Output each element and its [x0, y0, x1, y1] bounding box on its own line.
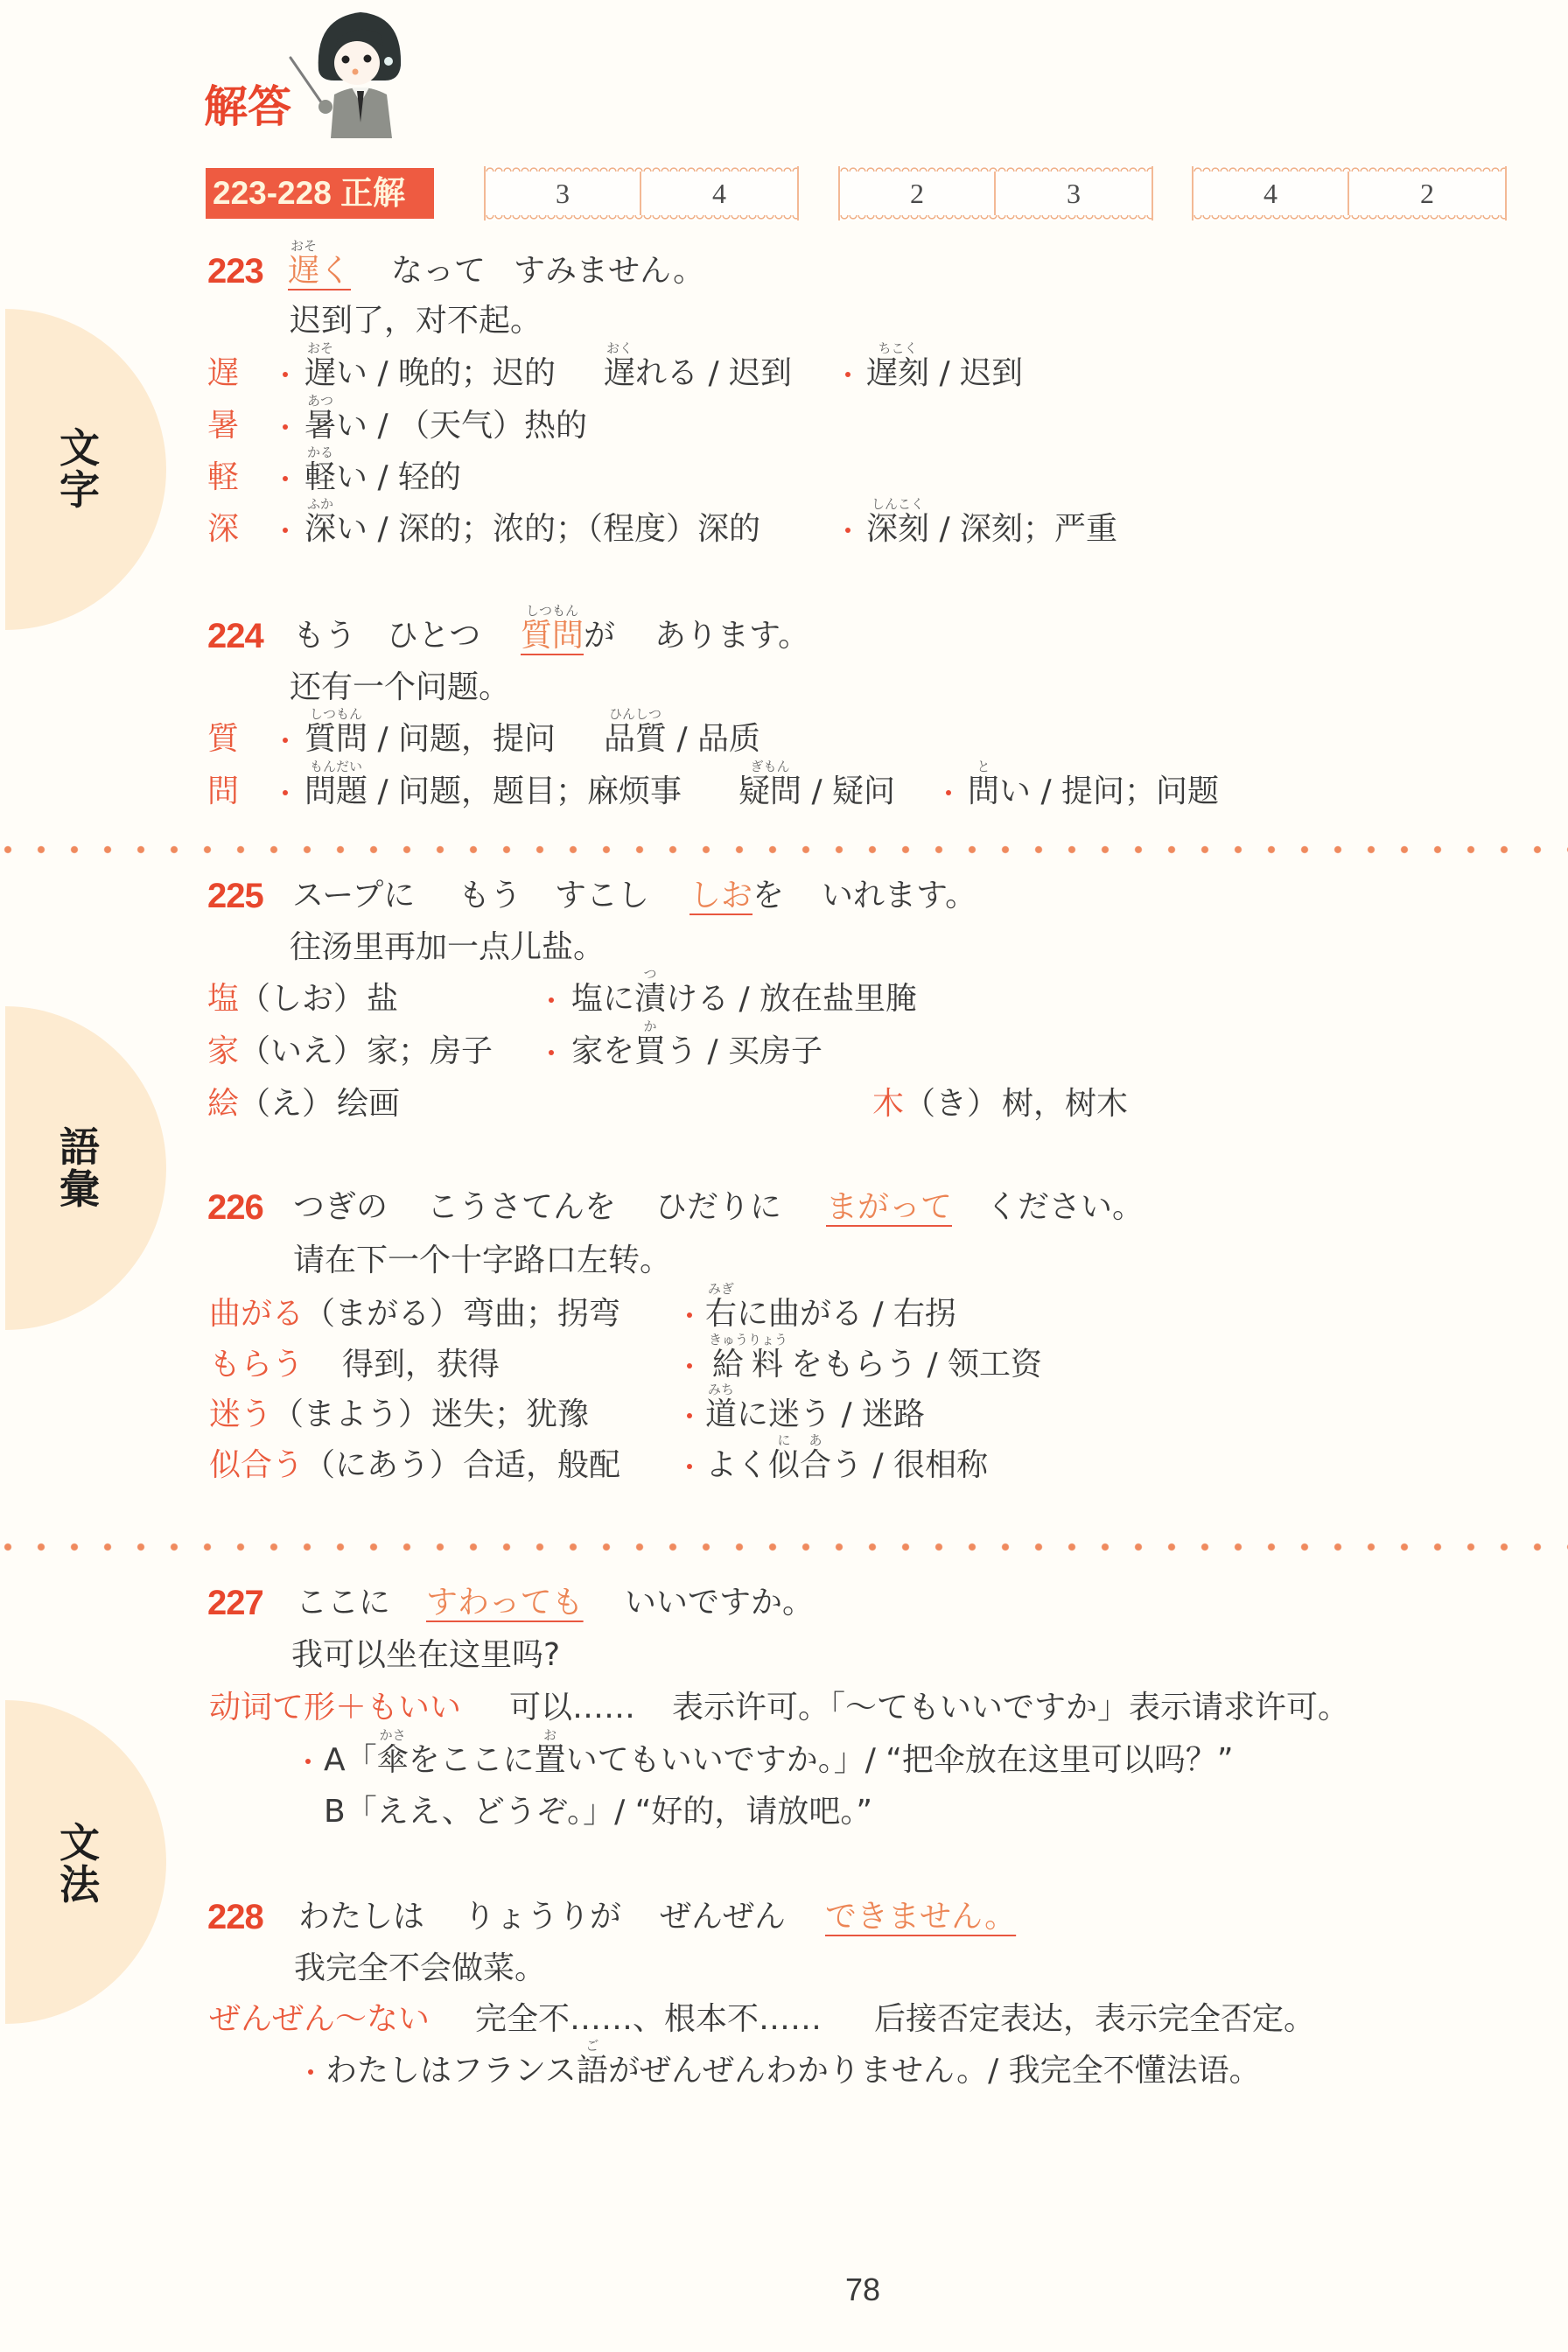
vocab-example: 給料きゅうりょうをもらう / 领工资	[705, 1347, 1042, 1382]
side-tab-grammar-label: 文法	[59, 1822, 101, 1906]
note-item: 暑あつい / （天气）热的	[304, 409, 587, 444]
vocab-meaning: 合适，般配	[463, 1447, 620, 1483]
text-part: い / 轻的	[336, 459, 461, 495]
answer-226: 3	[996, 171, 1151, 215]
text-part: よく	[705, 1447, 768, 1483]
text-part: / 疑问	[801, 773, 895, 809]
text-part: 家を	[571, 1033, 634, 1069]
vocab-word: 迷う	[209, 1396, 272, 1432]
ruby-base: 遅刻	[866, 355, 929, 391]
note-item: 遅刻ちこく / 迟到	[866, 356, 1023, 391]
answer-word: まがって	[826, 1190, 952, 1225]
ruby-group: 傘かさ	[377, 1742, 409, 1778]
vocab-example: 右みぎに曲がる / 右拐	[705, 1297, 956, 1332]
vocab-entry: 曲がる（まがる）弯曲；拐弯	[209, 1297, 620, 1332]
answer-227: 4	[1193, 171, 1349, 215]
question-225-translation: 往汤里再加一点儿盐。	[0, 930, 1568, 965]
dotted-divider	[0, 1542, 1568, 1552]
bullet-icon	[687, 1464, 692, 1469]
note-item: 問とい / 提问；问题	[968, 774, 1219, 809]
text-part: をここに	[409, 1742, 535, 1778]
vocab-meaning: 树，树木	[1002, 1086, 1128, 1122]
grammar-meaning: 完全不……、根本不……	[475, 2002, 822, 2037]
vocab-row: 塩（しお）盐 塩に漬つける / 放在盐里腌	[0, 982, 1568, 1017]
ruby-group: 遅おそ	[288, 253, 319, 289]
ruby-base: 右	[705, 1296, 737, 1332]
translation-text: 还有一个问题。	[290, 670, 510, 705]
example-row: A「傘かさをここに置おいてもいいですか。」/ “把伞放在这里可以吗？”	[0, 1743, 1568, 1778]
furigana: ちこく	[831, 342, 964, 355]
wavy-border	[1193, 215, 1505, 220]
vocab-example: 家を買かう / 买房子	[571, 1034, 822, 1069]
note-item: 品質ひんしつ / 品质	[604, 722, 760, 757]
ruby-group: 深ふか	[304, 511, 336, 547]
vocab-word: 木	[872, 1086, 904, 1122]
bullet-icon	[308, 2069, 313, 2075]
question-number: 228	[207, 1900, 263, 1935]
vocab-reading: （え）	[239, 1086, 333, 1122]
furigana: かる	[269, 446, 371, 459]
translation-text: 往汤里再加一点儿盐。	[290, 930, 605, 965]
sentence-word: なって	[391, 254, 486, 289]
ruby-base: 質問	[304, 721, 367, 757]
kanji-note-row: 問 問題もんだい / 问题，题目；麻烦事 疑問ぎもん / 疑问 問とい / 提问…	[0, 774, 1568, 809]
furigana: おそ	[269, 342, 371, 355]
question-225-sentence: 225 スープに もう すこし しおを いれます。	[0, 878, 1568, 913]
bullet-icon	[687, 1413, 692, 1418]
sentence-word: ここに	[296, 1585, 390, 1620]
example-sentence-b: B「ええ、どうぞ。」/ “好的，请放吧。”	[324, 1795, 872, 1830]
question-number: 227	[207, 1585, 263, 1620]
grammar-row: 动词て形＋もいい 可以…… 表示许可。「～てもいいですか」表示请求许可。	[0, 1690, 1568, 1725]
text-part: う / 很相称	[831, 1447, 988, 1483]
vocab-entry: もらう得到，获得	[209, 1347, 500, 1382]
text-part: れる / 迟到	[635, 355, 792, 391]
question-228-translation: 我完全不会做菜。	[0, 1951, 1568, 1986]
sentence-word: あります。	[654, 619, 809, 654]
page-number: 78	[845, 2271, 880, 2308]
wavy-border	[486, 215, 797, 220]
text-part: / 迟到	[929, 355, 1023, 391]
furigana: ぎもん	[703, 760, 836, 773]
ruby-base: 遅	[288, 253, 319, 289]
kanji-label: 問	[207, 774, 239, 809]
question-223-sentence: 223 遅おそく なって すみません。	[0, 254, 1568, 289]
ruby-group: 語ご	[577, 2053, 608, 2089]
text-part: / 问题，题目；麻烦事	[367, 773, 682, 809]
furigana: か	[599, 1020, 701, 1033]
vocab-word: 家	[207, 1033, 239, 1069]
note-item: 遅おくれる / 迟到	[604, 356, 792, 391]
furigana: おそ	[253, 240, 354, 253]
vocab-reading: （しお）	[239, 981, 365, 1017]
vocab-entry: 木（き）树，树木	[872, 1087, 1128, 1122]
sentence-word: すみません。	[514, 254, 704, 289]
vocab-row: 迷う（まよう）迷失；犹豫 道みちに迷う / 迷路	[0, 1397, 1568, 1432]
text-part: / 深刻；严重	[929, 511, 1117, 547]
ruby-group: 軽かる	[304, 459, 336, 495]
bullet-icon	[549, 997, 554, 1003]
ruby-base: 暑	[304, 408, 336, 444]
example-sentence-a: A「傘かさをここに置おいてもいいですか。」/ “把伞放在这里可以吗？”	[324, 1743, 1234, 1778]
sentence-word: すこし	[555, 878, 649, 913]
dotted-divider	[0, 844, 1568, 855]
vocab-entry: 絵（え）绘画	[207, 1087, 400, 1122]
furigana: あつ	[269, 395, 371, 408]
answer-word: できません。	[825, 1900, 1016, 1935]
furigana: つ	[599, 968, 701, 981]
ruby-group: 暑あつ	[304, 408, 336, 444]
furigana: しんこく	[831, 498, 964, 511]
ruby-base: 遅	[304, 355, 336, 391]
kanji-note-row: 軽 軽かるい / 轻的	[0, 460, 1568, 495]
ruby-base: 語	[577, 2053, 608, 2089]
ruby-base: 置	[535, 1742, 566, 1778]
ruby-base: 深	[304, 511, 336, 547]
translation-text: 我可以坐在这里吗?	[291, 1638, 560, 1673]
bullet-icon	[946, 790, 951, 795]
note-item: 深ふかい / 深的；浓的；（程度）深的	[304, 512, 760, 547]
kanji-note-row: 質 質問しつもん / 问题，提问 品質ひんしつ / 品质	[0, 722, 1568, 757]
ruby-group: 遅おく	[604, 355, 635, 391]
kanji-note-row: 遅 遅おそい / 晚的；迟的 遅おくれる / 迟到 遅刻ちこく / 迟到	[0, 356, 1568, 391]
furigana: ご	[542, 2040, 643, 2053]
text-part: が	[584, 618, 615, 654]
vocab-meaning: 绘画	[337, 1086, 400, 1122]
ruby-base: 質問	[521, 618, 584, 654]
ruby-base: 遅	[604, 355, 635, 391]
ruby-group: 合あ	[800, 1447, 831, 1483]
kanji-note-row: 暑 暑あつい / （天气）热的	[0, 409, 1568, 444]
ruby-group: 深刻しんこく	[866, 511, 929, 547]
vocab-reading: （まよう）	[272, 1396, 430, 1432]
question-223-translation: 迟到了，对不起。	[0, 304, 1568, 339]
bullet-icon	[549, 1050, 554, 1055]
grammar-pattern: 动词て形＋もいい	[209, 1690, 461, 1725]
text-part: いてもいいですか。」/ “把伞放在这里可以吗？”	[566, 1742, 1234, 1778]
furigana: きゅうりょう	[670, 1333, 826, 1347]
vocab-word: 似合う	[209, 1447, 304, 1483]
question-224-translation: 还有一个问题。	[0, 670, 1568, 705]
furigana: ふか	[269, 498, 371, 511]
sentence-word: りょうりが	[464, 1900, 621, 1935]
text-part: がぜんぜんわかりません。/ 我完全不懂法语。	[608, 2053, 1261, 2089]
text-part: に曲がる / 右拐	[737, 1296, 956, 1332]
vocab-meaning: 得到，获得	[342, 1347, 500, 1382]
ruby-group: 疑問ぎもん	[738, 773, 801, 809]
sentence-word: スープに	[292, 878, 415, 913]
answer-223: 3	[486, 171, 641, 215]
bullet-icon	[283, 372, 288, 377]
teacher-illustration-icon	[280, 0, 420, 149]
ruby-group: 道みち	[705, 1396, 737, 1432]
kanji-note-row: 深 深ふかい / 深的；浓的；（程度）深的 深刻しんこく / 深刻；严重	[0, 512, 1568, 547]
ruby-base: 給料	[712, 1347, 791, 1382]
furigana: みち	[670, 1383, 772, 1396]
question-224-sentence: 224 もう ひとつ 質問しつもんが あります。	[0, 619, 1568, 654]
sentence-word: ひとつ	[387, 619, 480, 654]
answer-group-3: 4 2	[1192, 166, 1507, 220]
kanji-label: 質	[207, 722, 239, 757]
furigana: と	[933, 760, 1034, 773]
question-226-sentence: 226 つぎの こうさてんを ひだりに まがって ください。	[0, 1190, 1568, 1225]
example-row: B「ええ、どうぞ。」/ “好的，请放吧。”	[0, 1795, 1568, 1830]
vocab-row: 曲がる（まがる）弯曲；拐弯 右みぎに曲がる / 右拐	[0, 1297, 1568, 1332]
kanji-label: 遅	[207, 356, 239, 391]
vocab-meaning: 弯曲；拐弯	[463, 1296, 620, 1332]
vocab-entry: 似合う（にあう）合适，般配	[209, 1448, 620, 1483]
sentence-word: もう	[458, 878, 521, 913]
vocab-meaning: 家；房子	[367, 1033, 493, 1069]
ruby-group: 置お	[535, 1742, 566, 1778]
text-part: わたしはフランス	[325, 2053, 577, 2089]
note-item: 深刻しんこく / 深刻；严重	[866, 512, 1117, 547]
bullet-icon	[283, 528, 288, 533]
bullet-icon	[283, 424, 288, 430]
vocab-example: 道みちに迷う / 迷路	[705, 1397, 925, 1432]
question-227-translation: 我可以坐在这里吗?	[0, 1638, 1568, 1673]
furigana: お	[500, 1729, 601, 1742]
sentence-word: ひだりに	[655, 1190, 781, 1225]
vocab-meaning: 盐	[367, 981, 398, 1017]
furigana: しつもん	[269, 708, 402, 721]
bullet-icon	[687, 1312, 692, 1318]
ruby-group: 遅おそ	[304, 355, 336, 391]
kanji-label: 軽	[207, 460, 239, 495]
note-item: 疑問ぎもん / 疑问	[738, 774, 895, 809]
ruby-base: 合	[800, 1447, 831, 1483]
text-part: う / 买房子	[666, 1033, 822, 1069]
text-part: い / 提问；问题	[999, 773, 1219, 809]
vocab-row: 家（いえ）家；房子 家を買かう / 买房子	[0, 1034, 1568, 1069]
grammar-meaning: 可以……	[509, 1690, 635, 1725]
vocab-example: よく似に合あう / 很相称	[705, 1448, 988, 1483]
text-part: い / （天气）热的	[336, 408, 587, 444]
ruby-base: 問	[968, 773, 999, 809]
vocab-entry: 家（いえ）家；房子	[207, 1034, 493, 1069]
sentence-word: こうさてんを	[427, 1190, 616, 1225]
ruby-group: 右みぎ	[705, 1296, 737, 1332]
bullet-icon	[283, 476, 288, 481]
question-number: 224	[207, 619, 263, 654]
wavy-border	[840, 215, 1151, 220]
ruby-base: 軽	[304, 459, 336, 495]
sentence-word: つぎの	[293, 1190, 388, 1225]
bullet-icon	[845, 372, 850, 377]
answer-word: しおを	[689, 878, 784, 913]
ruby-group: 似に	[768, 1447, 800, 1483]
text-part: A「	[324, 1742, 377, 1778]
ruby-group: 問と	[968, 773, 999, 809]
vocab-reading: （まがる）	[304, 1296, 461, 1332]
sentence-word: もう	[293, 619, 356, 654]
ruby-base: 買	[634, 1033, 666, 1069]
furigana: みぎ	[670, 1283, 772, 1296]
answer-word: すわっても	[426, 1585, 584, 1620]
vocab-word: 塩	[207, 981, 239, 1017]
ruby-base: 疑問	[738, 773, 801, 809]
vocab-row: もらう得到，获得 給料きゅうりょうをもらう / 领工资	[0, 1347, 1568, 1382]
ruby-base: 道	[705, 1396, 737, 1432]
ruby-base: 品質	[604, 721, 667, 757]
ruby-group: 漬つ	[634, 981, 666, 1017]
text-part: い / 深的；浓的；（程度）深的	[336, 511, 760, 547]
ruby-base: 傘	[377, 1742, 409, 1778]
furigana: かさ	[342, 1729, 444, 1742]
text-part: ける / 放在盐里腌	[666, 981, 917, 1017]
question-number: 225	[207, 878, 263, 913]
sentence-word: ぜんぜん	[660, 1900, 786, 1935]
text-part: 塩に	[571, 981, 634, 1017]
answer-group-1: 3 4	[484, 166, 799, 220]
furigana: あ	[765, 1434, 866, 1447]
ruby-group: 質問しつもん	[304, 721, 367, 757]
text-part: をもらう / 领工资	[791, 1347, 1042, 1382]
bullet-icon	[845, 528, 850, 533]
answer-224: 4	[641, 171, 797, 215]
sentence-word: わたしは	[298, 1900, 424, 1935]
furigana: しつもん	[486, 605, 619, 618]
ruby-base: 漬	[634, 981, 666, 1017]
vocab-word: 曲がる	[209, 1296, 304, 1332]
vocab-row: 絵（え）绘画 木（き）树，树木	[0, 1087, 1568, 1122]
answer-range-label: 223-228 正解	[206, 168, 434, 219]
example-sentence: わたしはフランス語ごがぜんぜんわかりません。/ 我完全不懂法语。	[325, 2054, 1261, 2089]
vocab-meaning: 迷失；犹豫	[431, 1396, 589, 1432]
question-number: 226	[207, 1190, 263, 1225]
answer-word: 質問しつもんが	[521, 619, 615, 654]
text-part: を	[752, 878, 784, 913]
kanji-label: 深	[207, 512, 239, 547]
ruby-group: 質問しつもん	[521, 618, 584, 654]
example-row: わたしはフランス語ごがぜんぜんわかりません。/ 我完全不懂法语。	[0, 2054, 1568, 2089]
answer-228: 2	[1349, 171, 1505, 215]
translation-text: 迟到了，对不起。	[290, 304, 542, 339]
grammar-explanation: 后接否定表达，表示完全否定。	[874, 2002, 1315, 2037]
ruby-group: 遅刻ちこく	[866, 355, 929, 391]
furigana: おく	[569, 342, 670, 355]
grammar-explanation: 表示许可。「～てもいいですか」表示请求许可。	[672, 1690, 1349, 1725]
question-226-translation: 请在下一个十字路口左转。	[0, 1243, 1568, 1278]
sentence-word: ください。	[986, 1190, 1144, 1225]
note-item: 質問しつもん / 问题，提问	[304, 722, 556, 757]
ruby-group: 給料きゅうりょう	[705, 1347, 791, 1382]
question-228-sentence: 228 わたしは りょうりが ぜんぜん できません。	[0, 1900, 1568, 1935]
furigana: ひんしつ	[569, 708, 702, 721]
vocab-reading: （いえ）	[239, 1033, 365, 1069]
grammar-row: ぜんぜん～ない 完全不……、根本不…… 后接否定表达，表示完全否定。	[0, 2002, 1568, 2037]
sentence-word: いれます。	[822, 878, 976, 913]
answer-225: 2	[840, 171, 996, 215]
grammar-pattern: ぜんぜん～ない	[209, 2002, 430, 2037]
ruby-group: 品質ひんしつ	[604, 721, 667, 757]
sentence-word: いいですか。	[625, 1585, 814, 1620]
vocab-reading: （にあう）	[304, 1447, 461, 1483]
vocab-row: 似合う（にあう）合适，般配 よく似に合あう / 很相称	[0, 1448, 1568, 1483]
note-item: 遅おそい / 晚的；迟的	[304, 356, 556, 391]
translation-text: 我完全不会做菜。	[294, 1951, 546, 1986]
textbook-page: 文字 語彙 文法 解答 223-228 正解 3 4 2 3 4 2	[0, 0, 1568, 2352]
vocab-entry: 迷う（まよう）迷失；犹豫	[209, 1397, 589, 1432]
text-part: / 问题，提问	[367, 721, 556, 757]
vocab-example: 塩に漬つける / 放在盐里腌	[571, 982, 917, 1017]
note-item: 軽かるい / 轻的	[304, 460, 461, 495]
answer-word: 遅おそく	[288, 254, 351, 289]
vocab-entry: 塩（しお）盐	[207, 982, 398, 1017]
note-item: 問題もんだい / 问题，题目；麻烦事	[304, 774, 682, 809]
text-part: / 品质	[667, 721, 760, 757]
furigana: もんだい	[269, 760, 402, 773]
text-part: い / 晚的；迟的	[336, 355, 556, 391]
ruby-group: 買か	[634, 1033, 666, 1069]
vocab-reading: （き）	[904, 1086, 998, 1122]
bullet-icon	[305, 1759, 311, 1764]
page-title: 解答	[204, 82, 291, 131]
bullet-icon	[687, 1363, 692, 1368]
kanji-label: 暑	[207, 409, 239, 444]
translation-text: 请在下一个十字路口左转。	[293, 1243, 671, 1278]
bullet-icon	[283, 738, 288, 743]
highlighted-text: しお	[689, 878, 752, 913]
question-227-sentence: 227 ここに すわっても いいですか。	[0, 1585, 1568, 1620]
ruby-base: 似	[768, 1447, 800, 1483]
text-part: に迷う / 迷路	[737, 1396, 925, 1432]
ruby-group: 問題もんだい	[304, 773, 367, 809]
vocab-word: もらう	[209, 1347, 304, 1382]
question-number: 223	[207, 254, 263, 289]
vocab-word: 絵	[207, 1086, 239, 1122]
bullet-icon	[283, 790, 288, 795]
ruby-base: 深刻	[866, 511, 929, 547]
ruby-base: 問題	[304, 773, 367, 809]
text-part: く	[319, 253, 351, 289]
answer-group-2: 2 3	[838, 166, 1153, 220]
